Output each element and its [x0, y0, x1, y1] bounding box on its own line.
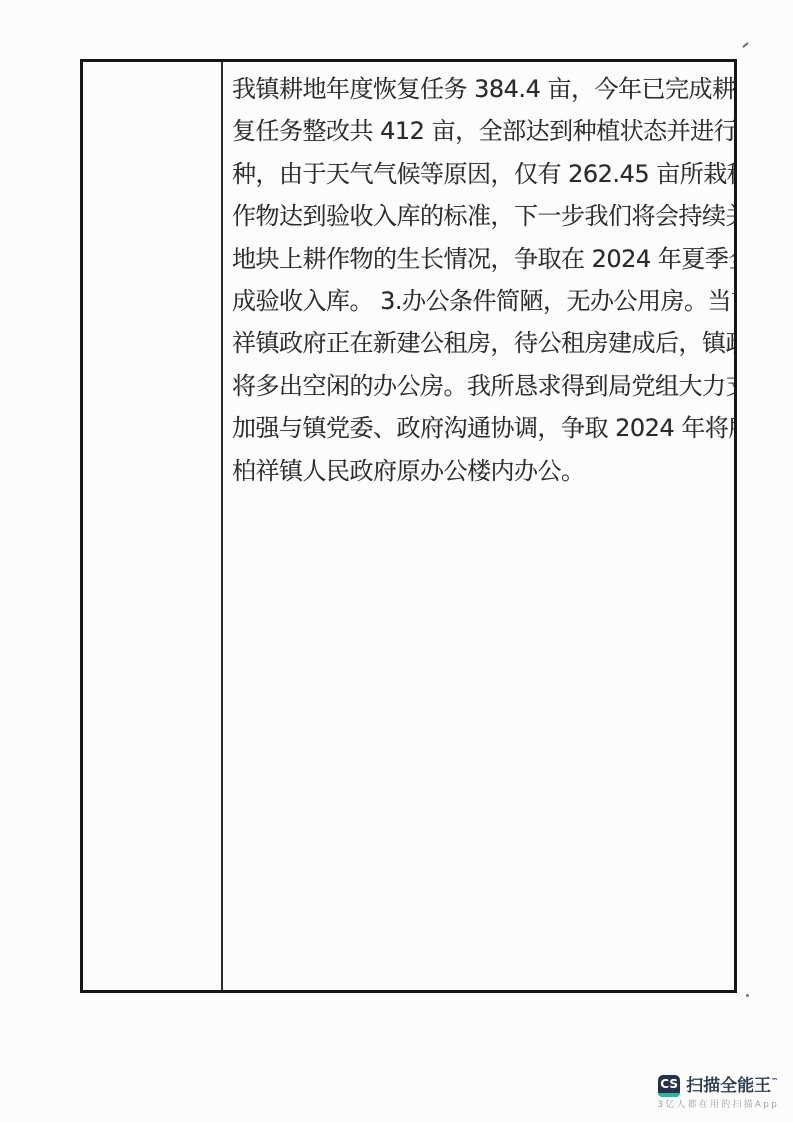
handwritten-text-line: 加强与镇党委、政府沟通协调，争取 2024 年将所迁至	[232, 407, 730, 449]
watermark-tagline: 3亿人都在用的扫描App	[657, 1101, 779, 1110]
handwritten-text-line: 祥镇政府正在新建公租房，待公租房建成后，镇政府	[232, 322, 730, 364]
watermark-brand-text: 扫描全能王	[686, 1076, 771, 1096]
watermark-brand-name: 扫描全能王™	[686, 1078, 778, 1095]
handwritten-text-line: 成验收入库。 3.办公条件简陋，无办公用房。当前柏	[232, 280, 730, 322]
handwritten-text-line: 地块上耕作物的生长情况，争取在 2024 年夏季全面完	[232, 238, 730, 280]
camscanner-logo-icon: CS	[658, 1075, 680, 1097]
handwritten-text-line: 复任务整改共 412 亩，全部达到种植状态并进行了耕	[232, 110, 730, 152]
handwritten-text-line: 种，由于天气气候等原因，仅有 262.45 亩所栽种的耕	[232, 153, 730, 195]
document-table: 我镇耕地年度恢复任务 384.4 亩，今年已完成耕地恢 复任务整改共 412 亩…	[80, 59, 737, 993]
trademark-mark: ™	[771, 1077, 778, 1085]
handwritten-text-line: 柏祥镇人民政府原办公楼内办公。	[232, 450, 730, 492]
camscanner-watermark: CS 扫描全能王™ 3亿人都在用的扫描App	[657, 1075, 779, 1110]
handwritten-text-line: 我镇耕地年度恢复任务 384.4 亩，今年已完成耕地恢	[232, 68, 730, 110]
scanned-document-page: 我镇耕地年度恢复任务 384.4 亩，今年已完成耕地恢 复任务整改共 412 亩…	[0, 0, 793, 1122]
camscanner-logo-accent-strip	[658, 1093, 680, 1097]
scan-artifact-dot	[746, 994, 749, 997]
handwritten-text-line: 将多出空闲的办公房。我所恳求得到局党组大力支持，	[232, 365, 730, 407]
watermark-brand-row: CS 扫描全能王™	[658, 1075, 778, 1097]
table-left-cell	[83, 62, 223, 990]
camscanner-logo-abbr: CS	[660, 1078, 678, 1090]
scan-artifact-tick	[742, 42, 749, 48]
handwritten-text-line: 作物达到验收入库的标准，下一步我们将会持续关注	[232, 195, 730, 237]
table-content-cell: 我镇耕地年度恢复任务 384.4 亩，今年已完成耕地恢 复任务整改共 412 亩…	[223, 62, 734, 990]
